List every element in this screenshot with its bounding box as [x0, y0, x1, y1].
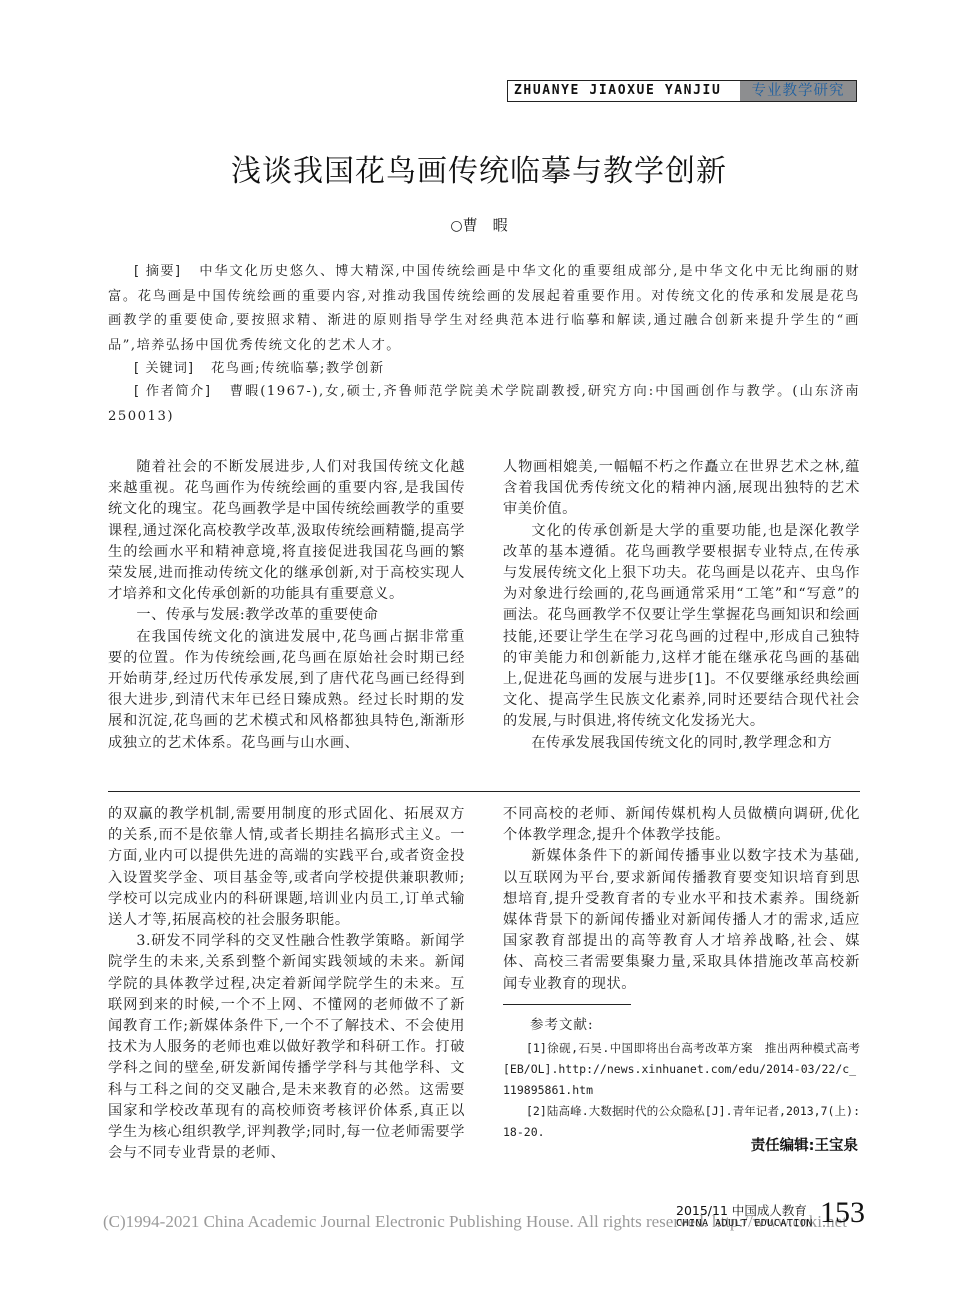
- abstract-text: 中华文化历史悠久、博大精深,中国传统绘画是中华文化的重要组成部分,是中华文化中无…: [108, 264, 860, 353]
- author-name: 曹 暇: [463, 216, 508, 234]
- journal-issue: 2015/11 中国成人教育: [676, 1201, 807, 1219]
- section-divider: [108, 791, 860, 792]
- keywords-label: [ 关键词]: [134, 361, 194, 376]
- upper-left-column: 随着社会的不断发展进步,人们对我国传统文化越来越重视。花鸟画作为传统绘画的重要内…: [108, 457, 465, 754]
- author-info-text: 曹暇(1967-),女,硕士,齐鲁师范学院美术学院副教授,研究方向:中国画创作与…: [108, 384, 875, 424]
- responsible-editor: 责任编辑:王宝泉: [751, 1134, 858, 1155]
- journal-name-en: CHINA ADULT EDUCATION: [676, 1218, 813, 1229]
- section-header: ZHUANYE JIAOXUE YANJIU 专业教学研究: [507, 80, 857, 102]
- author-info: [ 作者简介] 曹暇(1967-),女,硕士,齐鲁师范学院美术学院副教授,研究方…: [108, 380, 860, 429]
- body-paragraph: 人物画相媲美,一幅幅不朽之作矗立在世界艺术之林,蕴含着我国优秀传统文化的精神内涵…: [503, 457, 860, 521]
- references: 参考文献: [1]徐砚,石昊.中国即将出台高考改革方案 推出两种模式高考[EB/…: [503, 1015, 860, 1143]
- lower-left-column: 的双赢的教学机制,需要用制度的形式固化、拓展双方的关系,而不是依靠人情,或者长期…: [108, 804, 465, 1164]
- body-paragraph: 不同高校的老师、新闻传媒机构人员做横向调研,优化个体教学理念,提升个体教学技能。: [503, 804, 860, 846]
- body-paragraph: 3.研发不同学科的交叉性融合性教学策略。新闻学院学生的未来,关系到整个新闻实践领…: [108, 931, 465, 1164]
- body-paragraph: 新媒体条件下的新闻传播事业以数字技术为基础,以互联网为平台,要求新闻传播教育要变…: [503, 846, 860, 994]
- reference-item: [1]徐砚,石昊.中国即将出台高考改革方案 推出两种模式高考[EB/OL].ht…: [503, 1038, 860, 1101]
- author-line: ○曹 暇: [0, 214, 958, 235]
- body-paragraph: 在我国传统文化的演进发展中,花鸟画占据非常重要的位置。作为传统绘画,花鸟画在原始…: [108, 627, 465, 754]
- section-name-en: ZHUANYE JIAOXUE YANJIU: [508, 81, 740, 101]
- body-paragraph: 文化的传承创新是大学的重要功能,也是深化教学改革的基本遵循。花鸟画教学要根据专业…: [503, 521, 860, 733]
- body-paragraph: 随着社会的不断发展进步,人们对我国传统文化越来越重视。花鸟画作为传统绘画的重要内…: [108, 457, 465, 605]
- references-divider: [503, 1004, 631, 1005]
- lower-right-column: 不同高校的老师、新闻传媒机构人员做横向调研,优化个体教学理念,提升个体教学技能。…: [503, 804, 860, 995]
- keywords: [ 关键词] 花鸟画;传统临摹;教学创新: [108, 357, 860, 382]
- article-title: 浅谈我国花鸟画传统临摹与教学创新: [0, 146, 958, 190]
- author-info-label: [ 作者简介]: [134, 384, 211, 399]
- section-heading: 一、传承与发展:教学改革的重要使命: [108, 605, 465, 626]
- upper-right-column: 人物画相媲美,一幅幅不朽之作矗立在世界艺术之林,蕴含着我国优秀传统文化的精神内涵…: [503, 457, 860, 754]
- body-paragraph: 的双赢的教学机制,需要用制度的形式固化、拓展双方的关系,而不是依靠人情,或者长期…: [108, 804, 465, 931]
- page-number: 153: [820, 1196, 865, 1230]
- author-circle-icon: ○: [450, 218, 462, 234]
- body-paragraph: 在传承发展我国传统文化的同时,教学理念和方: [503, 733, 860, 754]
- section-name-cn: 专业教学研究: [740, 81, 856, 101]
- references-heading: 参考文献:: [503, 1015, 860, 1036]
- keywords-text: 花鸟画;传统临摹;教学创新: [211, 361, 384, 376]
- abstract-label: [ 摘要]: [134, 264, 181, 279]
- abstract: [ 摘要] 中华文化历史悠久、博大精深,中国传统绘画是中华文化的重要组成部分,是…: [108, 260, 860, 358]
